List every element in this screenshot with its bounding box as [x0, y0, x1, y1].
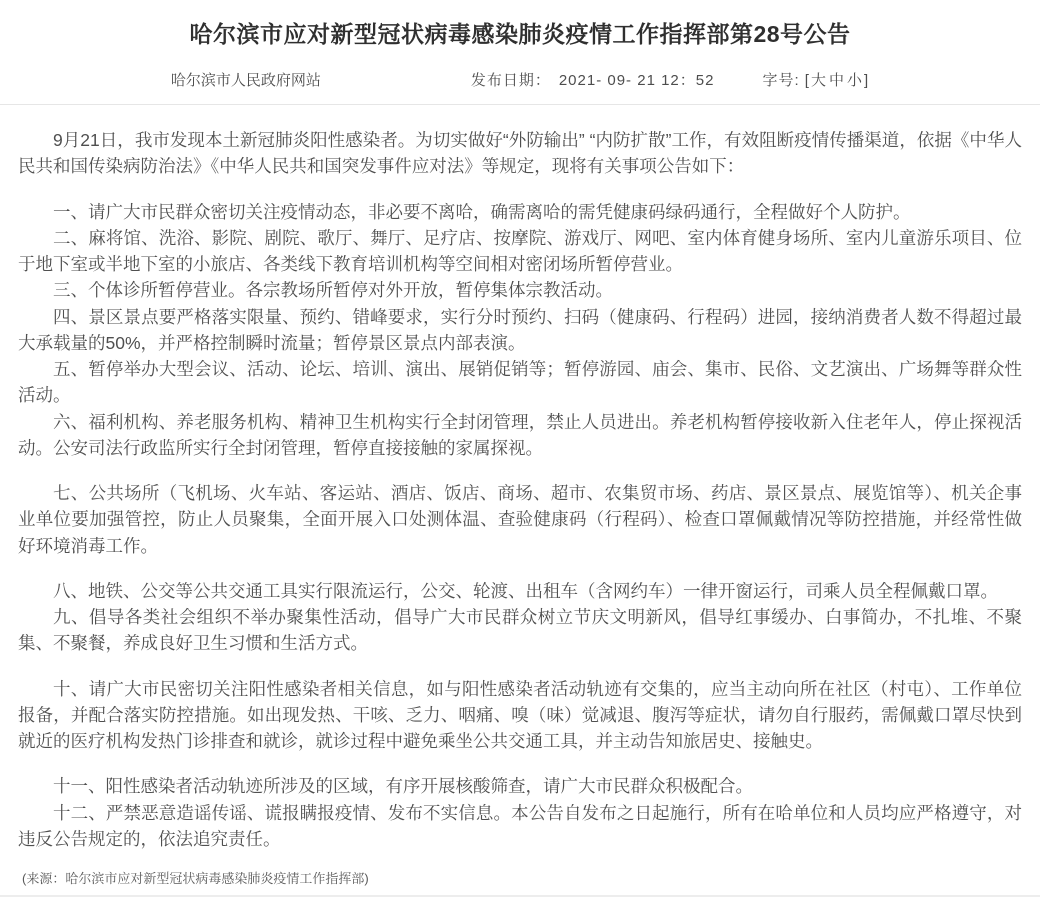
announcement-paragraph: 9月21日，我市发现本土新冠肺炎阳性感染者。为切实做好“外防输出” “内防扩散”…: [18, 127, 1022, 180]
font-size-option-medium[interactable]: 中: [829, 72, 845, 89]
bottom-divider: [0, 895, 1040, 897]
announcement-paragraph: 六、福利机构、养老服务机构、精神卫生机构实行全封闭管理，禁止人员进出。养老机构暂…: [18, 409, 1022, 462]
font-size-label: 字号: [: [762, 72, 810, 89]
page-title: 哈尔滨市应对新型冠状病毒感染肺炎疫情工作指挥部第28号公告: [0, 0, 1040, 49]
announcement-page: 哈尔滨市应对新型冠状病毒感染肺炎疫情工作指挥部第28号公告 哈尔滨市人民政府网站…: [0, 0, 1040, 900]
announcement-paragraph: 七、公共场所（飞机场、火车站、客运站、酒店、饭店、商场、超市、农集贸市场、药店、…: [18, 480, 1022, 559]
announcement-paragraph: 二、麻将馆、洗浴、影院、剧院、歌厅、舞厅、足疗店、按摩院、游戏厅、网吧、室内体育…: [18, 225, 1022, 278]
font-size-bracket-close: ]: [864, 72, 869, 89]
font-size-option-large[interactable]: 大: [811, 72, 827, 89]
announcement-paragraph: 一、请广大市民群众密切关注疫情动态，非必要不离哈，确需离哈的需凭健康码绿码通行，…: [18, 199, 1022, 225]
announcement-body: 9月21日，我市发现本土新冠肺炎阳性感染者。为切实做好“外防输出” “内防扩散”…: [0, 105, 1040, 852]
announcement-paragraph: 三、个体诊所暂停营业。各宗教场所暂停对外开放，暂停集体宗教活动。: [18, 277, 1022, 303]
meta-bar: 哈尔滨市人民政府网站 发布日期：2021- 09- 21 12：52 字号: […: [0, 69, 1040, 105]
publish-date: 发布日期：2021- 09- 21 12：52: [471, 69, 715, 90]
publish-date-label: 发布日期：: [471, 72, 551, 89]
source-site: 哈尔滨市人民政府网站: [171, 69, 321, 90]
font-size-option-small[interactable]: 小: [847, 72, 863, 89]
announcement-paragraph: 五、暂停举办大型会议、活动、论坛、培训、演出、展销促销等；暂停游园、庙会、集市、…: [18, 356, 1022, 409]
announcement-paragraph: 十、请广大市民密切关注阳性感染者相关信息，如与阳性感染者活动轨迹有交集的，应当主…: [18, 676, 1022, 755]
font-size-control: 字号: [大中小]: [762, 69, 869, 90]
announcement-paragraph: 十二、严禁恶意造谣传谣、谎报瞒报疫情、发布不实信息。本公告自发布之日起施行，所有…: [18, 800, 1022, 853]
announcement-paragraph: 九、倡导各类社会组织不举办聚集性活动，倡导广大市民群众树立节庆文明新风，倡导红事…: [18, 604, 1022, 657]
announcement-paragraph: 八、地铁、公交等公共交通工具实行限流运行，公交、轮渡、出租车（含网约车）一律开窗…: [18, 578, 1022, 604]
announcement-paragraph: 十一、阳性感染者活动轨迹所涉及的区域，有序开展核酸筛查，请广大市民群众积极配合。: [18, 773, 1022, 799]
publish-date-value: 2021- 09- 21 12：52: [559, 72, 715, 89]
announcement-paragraph: 四、景区景点要严格落实限量、预约、错峰要求，实行分时预约、扫码（健康码、行程码）…: [18, 304, 1022, 357]
source-attribution: (来源：哈尔滨市应对新型冠状病毒感染肺炎疫情工作指挥部): [0, 868, 1040, 887]
